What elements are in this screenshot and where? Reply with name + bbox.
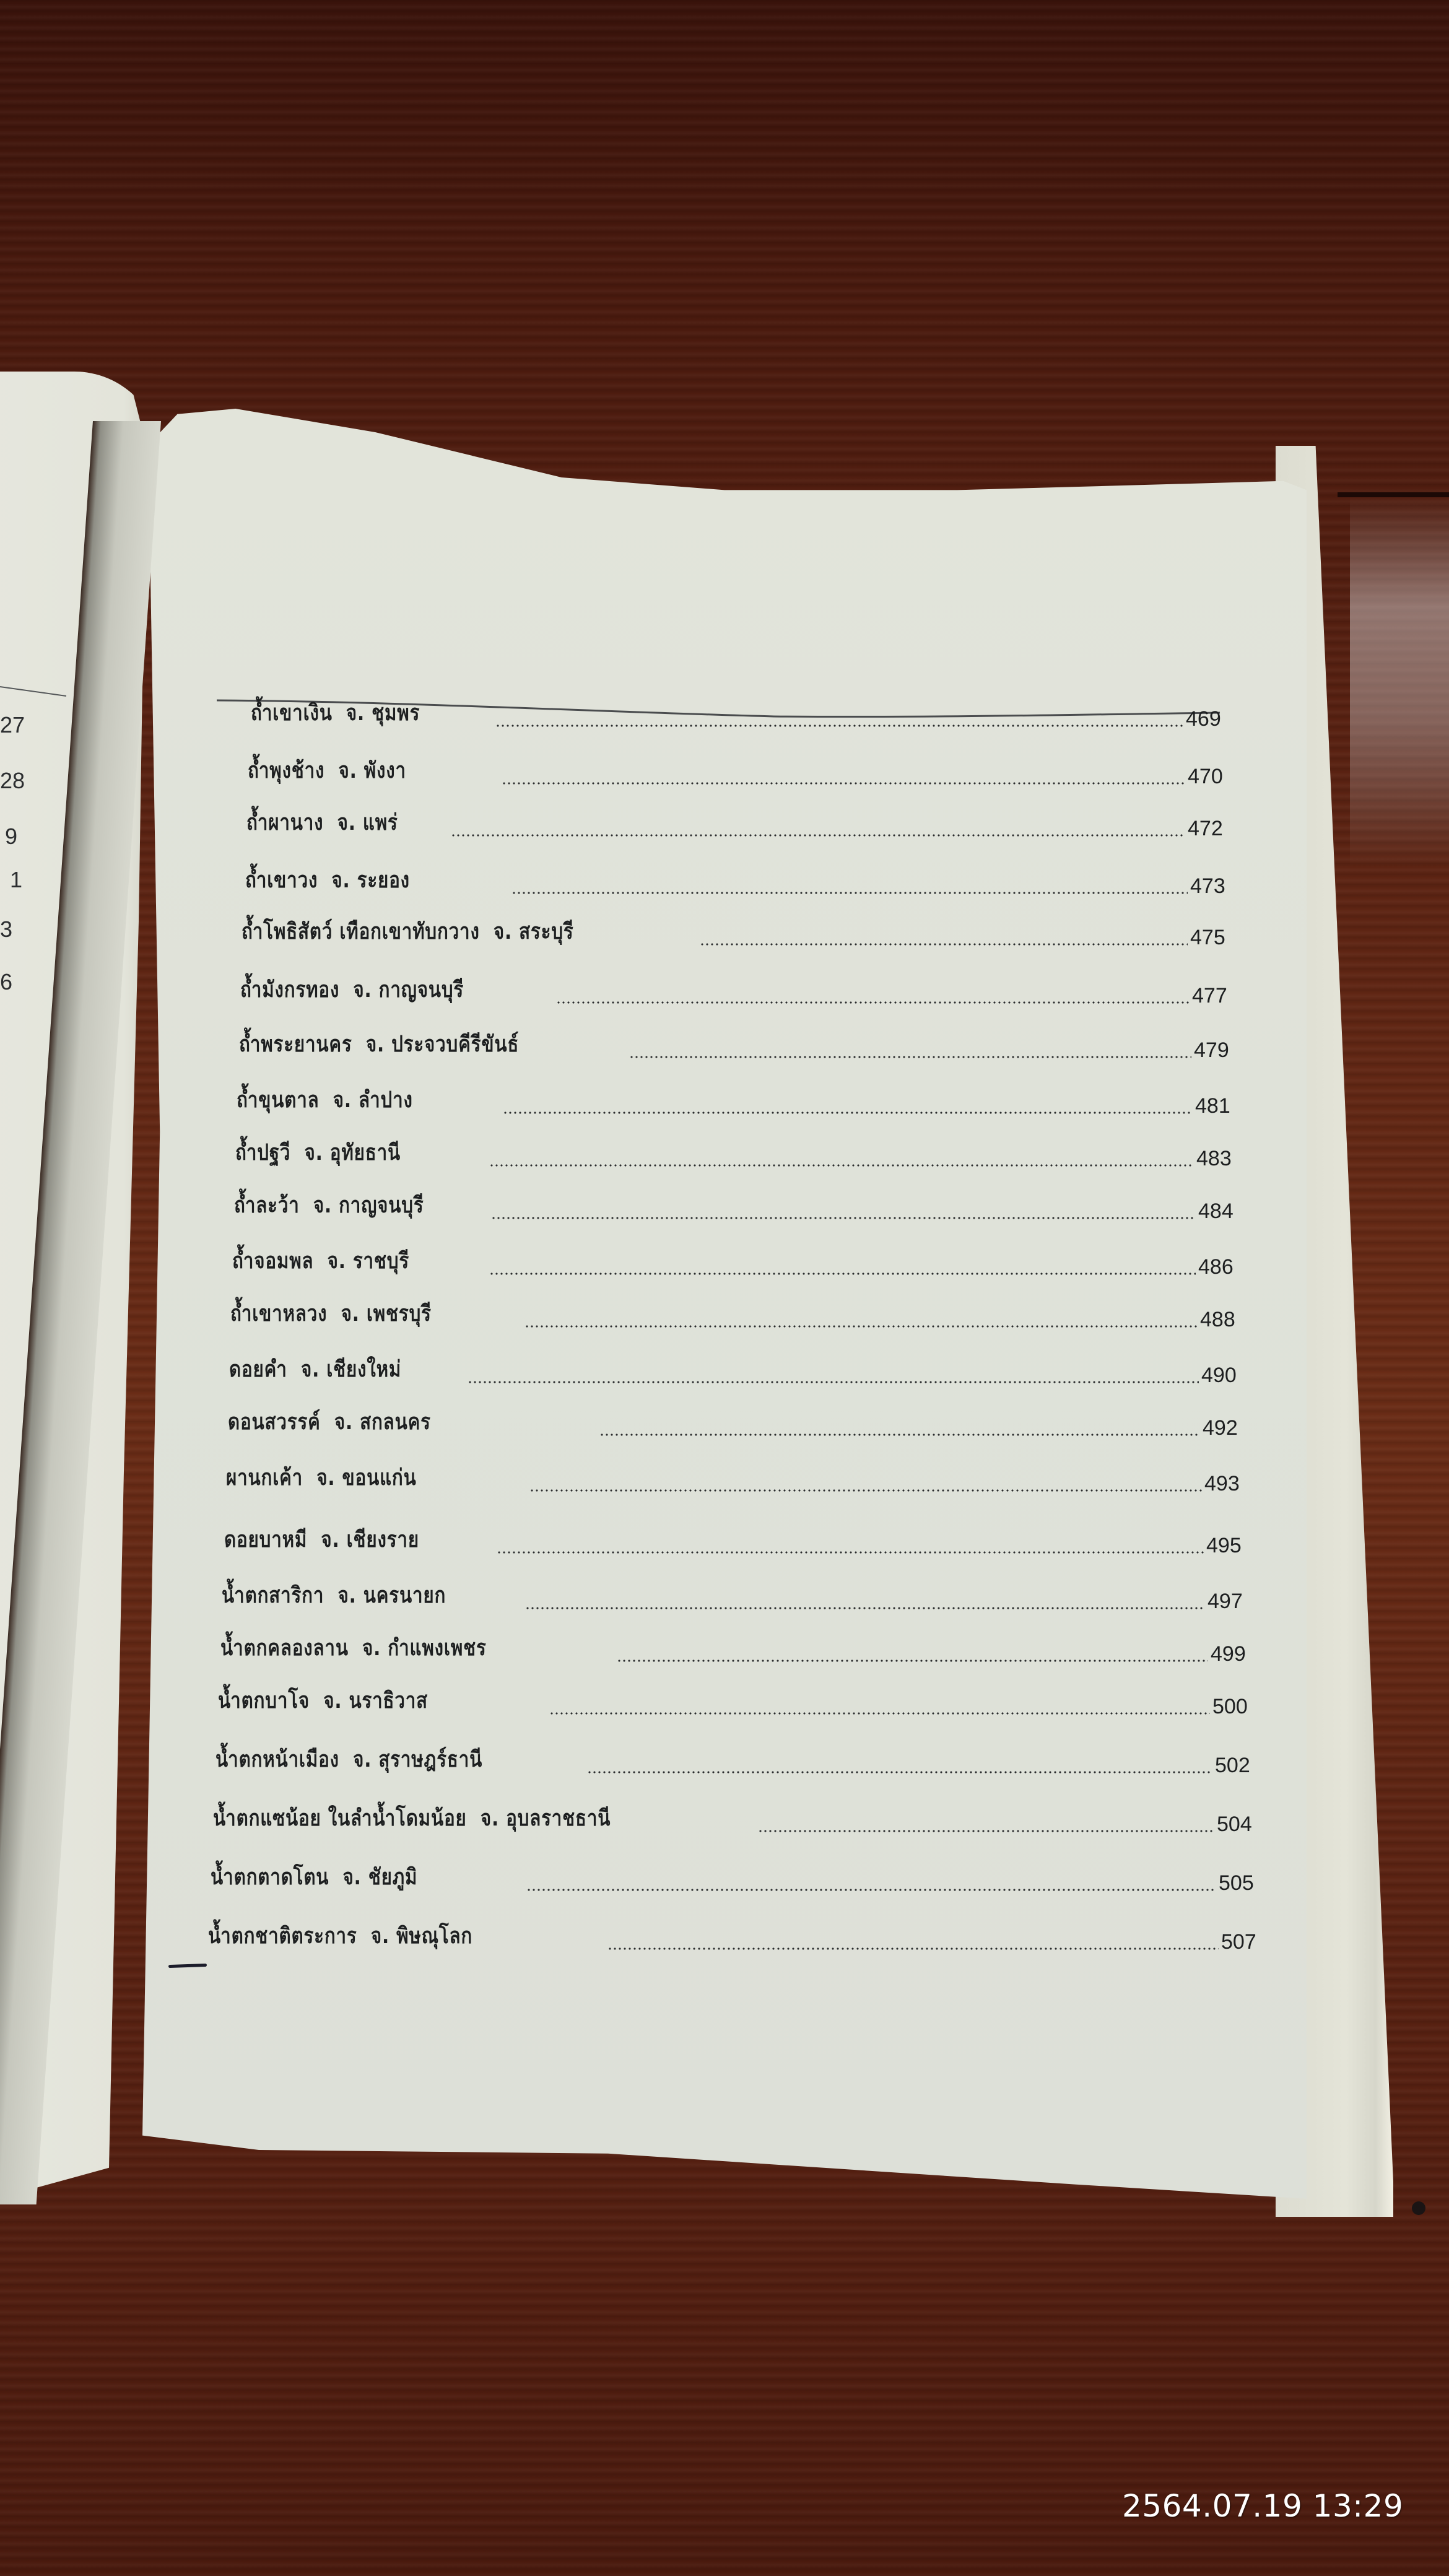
page-number: 493 [1204, 1472, 1240, 1496]
toc-entry[interactable]: ถ้ำมังกรทอง จ. กาญจนบุรี477 [240, 967, 1242, 1011]
dot-leader [491, 1216, 1196, 1220]
toc-entry-title: ดอนสวรรค์ จ. สกลนคร [228, 1404, 431, 1439]
province-name: จ. นครนายก [337, 1583, 446, 1608]
place-name: น้ำตกหน้าเมือง [215, 1747, 339, 1772]
page-number: 500 [1212, 1695, 1248, 1719]
toc-entry[interactable]: ถ้ำปฐวี จ. อุทัยธานี483 [235, 1130, 1246, 1173]
province-name: จ. สกลนคร [334, 1409, 431, 1435]
dot-leader [495, 724, 1183, 728]
page-number: 479 [1194, 1038, 1229, 1063]
province-name: จ. อุทัยธานี [305, 1140, 401, 1165]
dot-leader [599, 1433, 1200, 1437]
place-name: ถ้ำจอมพล [232, 1248, 313, 1274]
toc-entry-title: ถ้ำปฐวี จ. อุทัยธานี [235, 1134, 401, 1170]
place-name: ถ้ำมังกรทอง [240, 977, 339, 1003]
place-name: น้ำตกชาติตระการ [208, 1923, 357, 1949]
toc-entry[interactable]: น้ำตกคลองลาน จ. กำแพงเพชร499 [220, 1625, 1260, 1669]
toc-entry-title: น้ำตกตาดโตน จ. ชัยภูมิ [211, 1859, 417, 1894]
dot-leader [468, 1380, 1199, 1384]
province-name: จ. ชุมพร [346, 700, 420, 726]
province-name: จ. ระยอง [331, 868, 410, 893]
toc-entry-title: ดอยบาหมี จ. เชียงราย [224, 1521, 419, 1557]
toc-entry[interactable]: ถ้ำพระยานคร จ. ประจวบคีรีขันธ์479 [239, 1022, 1243, 1065]
page-number: 507 [1221, 1930, 1256, 1954]
place-name: น้ำตกสาริกา [222, 1583, 324, 1608]
page-number: 488 [1200, 1308, 1235, 1332]
place-name: ดอยคำ [229, 1357, 287, 1382]
toc-entry-title: น้ำตกบาโจ จ. นราธิวาส [218, 1682, 428, 1718]
photo-timestamp: 2564.07.19 13:29 [1122, 2488, 1403, 2524]
place-name: ถ้ำละว้า [234, 1193, 300, 1218]
toc-entry[interactable]: น้ำตกแซน้อย ในลำน้ำโดมน้อย จ. อุบลราชธาน… [213, 1796, 1266, 1839]
province-name: จ. พังงา [338, 758, 406, 783]
dot-leader [556, 1001, 1190, 1004]
place-name: ถ้ำพุงช้าง [248, 758, 324, 783]
dot-leader [700, 942, 1188, 946]
toc-entry-title: ถ้ำเขาหลวง จ. เพชรบุรี [230, 1295, 432, 1331]
page-number: 483 [1196, 1147, 1232, 1171]
province-name: จ. กาญจนบุรี [353, 977, 464, 1003]
dot-leader [758, 1829, 1214, 1833]
toc-entry-title: ถ้ำเขาวง จ. ระยอง [245, 862, 410, 897]
toc-entry-title: น้ำตกหน้าเมือง จ. สุราษฎร์ธานี [215, 1741, 482, 1777]
page-number: 495 [1206, 1534, 1242, 1558]
place-name: ผานกเค้า [226, 1465, 303, 1490]
province-name: จ. ประจวบคีรีขันธ์ [366, 1032, 519, 1057]
page-number: 486 [1198, 1255, 1234, 1279]
toc-entry-title: ถ้ำจอมพล จ. ราชบุรี [232, 1243, 409, 1278]
place-name: น้ำตกแซน้อย ในลำน้ำโดมน้อย [213, 1806, 467, 1831]
toc-entry[interactable]: ถ้ำขุนตาล จ. ลำปาง481 [237, 1077, 1245, 1121]
dot-leader [617, 1659, 1208, 1663]
toc-entry[interactable]: น้ำตกสาริกา จ. นครนายก497 [222, 1573, 1257, 1616]
dot-leader [511, 891, 1188, 895]
toc-entry-title: น้ำตกชาติตระการ จ. พิษณุโลก [208, 1918, 472, 1953]
page-number: 484 [1198, 1199, 1234, 1224]
place-name: น้ำตกคลองลาน [220, 1635, 349, 1661]
page-number: 497 [1207, 1590, 1243, 1614]
toc-entry-title: น้ำตกแซน้อย ในลำน้ำโดมน้อย จ. อุบลราชธาน… [213, 1800, 611, 1835]
toc-entry[interactable]: ผานกเค้า จ. ขอนแก่น493 [226, 1455, 1254, 1499]
province-name: จ. ราชบุรี [328, 1248, 409, 1274]
province-name: จ. เชียงราย [321, 1527, 419, 1552]
toc-entry-title: ดอยคำ จ. เชียงใหม่ [229, 1351, 401, 1386]
dot-leader [549, 1712, 1210, 1715]
place-name: ถ้ำปฐวี [235, 1140, 290, 1165]
toc-entry-title: ถ้ำพระยานคร จ. ประจวบคีรีขันธ์ [239, 1026, 519, 1061]
page-number: 472 [1188, 817, 1223, 841]
province-name: จ. ชัยภูมิ [343, 1865, 418, 1890]
toc-entry-title: ถ้ำมังกรทอง จ. กาญจนบุรี [240, 972, 464, 1007]
toc-entry[interactable]: ถ้ำเขาเงิน จ. ชุมพร469 [251, 690, 1235, 734]
place-name: ดอยบาหมี [224, 1527, 307, 1552]
toc-entry[interactable]: ถ้ำละว้า จ. กาญจนบุรี484 [234, 1183, 1248, 1226]
toc-entry-title: น้ำตกสาริกา จ. นครนายก [222, 1577, 446, 1612]
province-name: จ. แพร่ [337, 810, 398, 835]
province-name: จ. กำแพงเพชร [362, 1635, 487, 1661]
page-number: 492 [1203, 1416, 1238, 1440]
toc-entry[interactable]: น้ำตกชาติตระการ จ. พิษณุโลก507 [208, 1913, 1271, 1957]
toc-entry[interactable]: ถ้ำจอมพล จ. ราชบุรี486 [232, 1238, 1248, 1282]
page-number: 505 [1219, 1871, 1254, 1895]
page-number: 502 [1215, 1754, 1250, 1778]
province-name: จ. กาญจนบุรี [313, 1193, 424, 1218]
table-of-contents: ถ้ำเขาเงิน จ. ชุมพร469ถ้ำพุงช้าง จ. พังง… [0, 0, 1449, 2576]
dot-leader [502, 781, 1185, 785]
province-name: จ. ลำปาง [333, 1087, 413, 1113]
dot-leader [451, 833, 1185, 837]
dot-leader [607, 1947, 1219, 1951]
province-name: จ. เพชรบุรี [341, 1301, 432, 1326]
dot-leader [526, 1888, 1216, 1892]
place-name: น้ำตกตาดโตน [211, 1865, 329, 1890]
dot-leader [497, 1551, 1204, 1554]
place-name: ถ้ำเขาเงิน [251, 700, 333, 726]
dot-leader [587, 1770, 1212, 1774]
toc-entry[interactable]: ถ้ำโพธิสัตว์ เทือกเขาทับกวาง จ. สระบุรี4… [241, 909, 1240, 952]
toc-entry[interactable]: ถ้ำเขาวง จ. ระยอง473 [245, 858, 1240, 901]
toc-entry-title: ถ้ำโพธิสัตว์ เทือกเขาทับกวาง จ. สระบุรี [241, 913, 574, 949]
dot-leader [525, 1606, 1205, 1610]
page-number: 504 [1217, 1812, 1252, 1837]
province-name: จ. อุบลราชธานี [481, 1806, 611, 1831]
dot-leader [524, 1325, 1198, 1328]
page-number: 499 [1211, 1642, 1246, 1666]
page-number: 470 [1188, 765, 1223, 789]
toc-entry[interactable]: น้ำตกตาดโตน จ. ชัยภูมิ505 [211, 1855, 1268, 1898]
province-name: จ. ขอนแก่น [316, 1465, 416, 1490]
place-name: ถ้ำขุนตาล [237, 1087, 320, 1113]
place-name: ถ้ำเขาหลวง [230, 1301, 327, 1326]
dot-leader [489, 1164, 1194, 1167]
place-name: ถ้ำเขาวง [245, 868, 318, 893]
province-name: จ. พิษณุโลก [371, 1923, 472, 1949]
toc-entry-title: น้ำตกคลองลาน จ. กำแพงเพชร [220, 1630, 487, 1665]
page-number: 477 [1192, 984, 1227, 1008]
toc-entry-title: ถ้ำผานาง จ. แพร่ [246, 804, 398, 840]
place-name: ถ้ำโพธิสัตว์ เทือกเขาทับกวาง [241, 919, 480, 944]
province-name: จ. นราธิวาส [323, 1688, 428, 1713]
page-number: 490 [1201, 1364, 1237, 1388]
toc-entry[interactable]: ดอยคำ จ. เชียงใหม่490 [229, 1347, 1251, 1390]
dot-leader [503, 1111, 1193, 1115]
toc-entry-title: ถ้ำละว้า จ. กาญจนบุรี [234, 1187, 424, 1222]
province-name: จ. เชียงใหม่ [301, 1357, 401, 1382]
page-number: 473 [1190, 874, 1225, 899]
place-name: น้ำตกบาโจ [218, 1688, 310, 1713]
dot-leader [489, 1272, 1196, 1276]
toc-entry-title: ถ้ำพุงช้าง จ. พังงา [248, 752, 406, 788]
province-name: จ. สระบุรี [494, 919, 574, 944]
dot-leader [529, 1489, 1202, 1492]
toc-entry[interactable]: น้ำตกบาโจ จ. นราธิวาส500 [218, 1678, 1262, 1721]
page-number: 469 [1186, 707, 1221, 731]
place-name: ถ้ำผานาง [246, 810, 323, 835]
dot-leader [629, 1055, 1191, 1059]
province-name: จ. สุราษฎร์ธานี [353, 1747, 482, 1772]
toc-entry[interactable]: น้ำตกหน้าเมือง จ. สุราษฎร์ธานี502 [215, 1737, 1264, 1780]
toc-entry[interactable]: ดอนสวรรค์ จ. สกลนคร492 [228, 1399, 1252, 1443]
page-number: 475 [1190, 926, 1225, 950]
page-number: 481 [1195, 1094, 1230, 1118]
toc-entry[interactable]: ถ้ำเขาหลวง จ. เพชรบุรี488 [230, 1291, 1250, 1334]
toc-entry[interactable]: ดอยบาหมี จ. เชียงราย495 [224, 1517, 1256, 1560]
toc-entry-title: ผานกเค้า จ. ขอนแก่น [226, 1460, 417, 1495]
place-name: ถ้ำพระยานคร [239, 1032, 352, 1057]
place-name: ดอนสวรรค์ [228, 1409, 321, 1435]
toc-entry[interactable]: ถ้ำผานาง จ. แพร่472 [246, 800, 1237, 843]
toc-entry-title: ถ้ำเขาเงิน จ. ชุมพร [251, 695, 420, 730]
toc-entry[interactable]: ถ้ำพุงช้าง จ. พังงา470 [248, 748, 1237, 791]
toc-entry-title: ถ้ำขุนตาล จ. ลำปาง [237, 1082, 413, 1117]
